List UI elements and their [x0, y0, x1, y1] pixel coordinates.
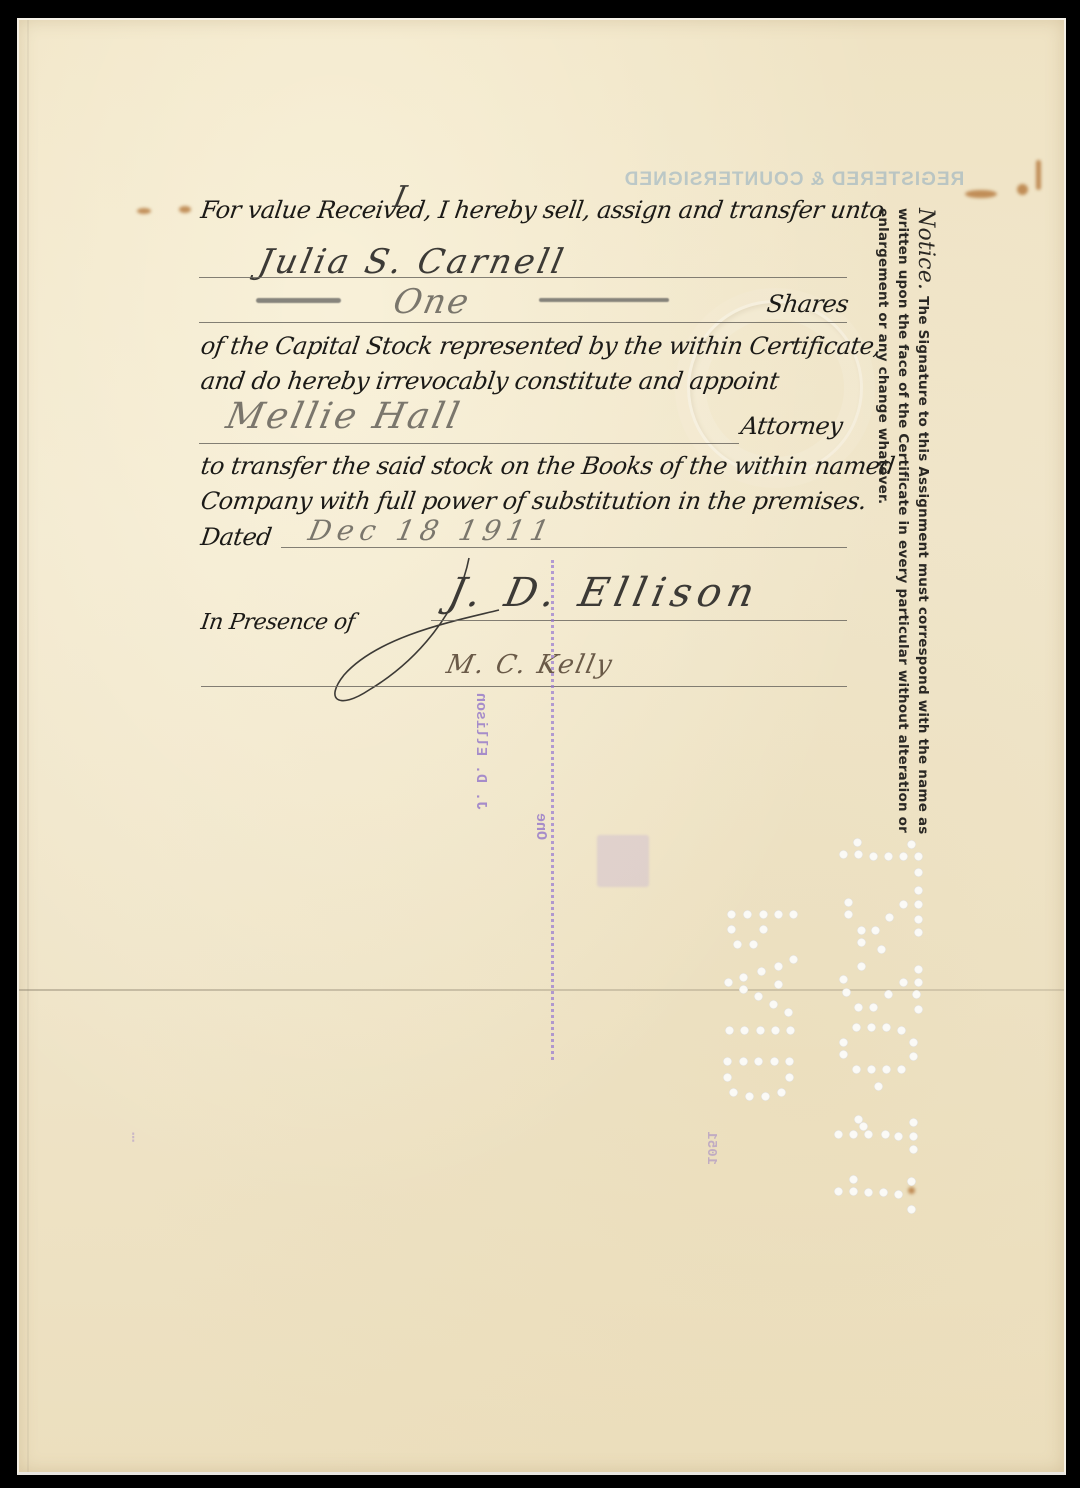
- filler-dash: [256, 298, 341, 303]
- typed-name-bleed: J. D. Ellison: [472, 693, 489, 810]
- assignee-name: Julia S. Carnell: [255, 242, 570, 282]
- form-line-3: of the Capital Stock represented by the …: [199, 332, 883, 360]
- rust-stain: [137, 208, 151, 214]
- presence-label: In Presence of: [199, 610, 356, 635]
- rust-stain: [1017, 184, 1028, 195]
- certificate-paper: REGISTERED & COUNTERSIGNED For value Rec…: [17, 18, 1066, 1475]
- form-line-6: to transfer the said stock on the Books …: [199, 452, 896, 480]
- dated-label: Dated: [199, 523, 273, 551]
- edge-shadow: [27, 20, 29, 1472]
- witness-underline: [201, 686, 847, 687]
- assignee-underline: [199, 277, 847, 278]
- notice-text: The Signature to this Assignment must co…: [875, 208, 931, 835]
- form-line-7: Company with full power of substitution …: [199, 487, 868, 515]
- signature-underline: [431, 620, 847, 621]
- dotted-line-bleed: [551, 560, 554, 1060]
- purple-tick-bleed: ⁝: [131, 1130, 135, 1147]
- form-line-1: For value Received, I hereby sell, assig…: [199, 196, 885, 224]
- form-line-4: and do hereby irrevocably constitute and…: [199, 367, 780, 395]
- purple-mark-bleed: [597, 835, 649, 887]
- typed-shares-bleed: One: [532, 813, 549, 840]
- attorney-label: Attorney: [739, 412, 844, 440]
- assignment-notice: Notice.The Signature to this Assignment …: [873, 208, 935, 848]
- shares-label: Shares: [765, 290, 850, 318]
- rust-stain: [179, 206, 191, 213]
- rust-stain: [1036, 160, 1041, 190]
- perforation-cancellation: [709, 820, 939, 1220]
- filler-dash: [539, 298, 669, 302]
- notice-lead: Notice.: [913, 208, 938, 290]
- attorney-name: Mellie Hall: [223, 396, 466, 437]
- shares-count: One: [390, 282, 474, 322]
- shares-underline: [199, 322, 847, 323]
- date-value: Dec 18 1911: [305, 514, 557, 547]
- date-underline: [281, 547, 847, 548]
- attorney-underline: [199, 443, 739, 444]
- witness-signature: M. C. Kelly: [444, 650, 616, 680]
